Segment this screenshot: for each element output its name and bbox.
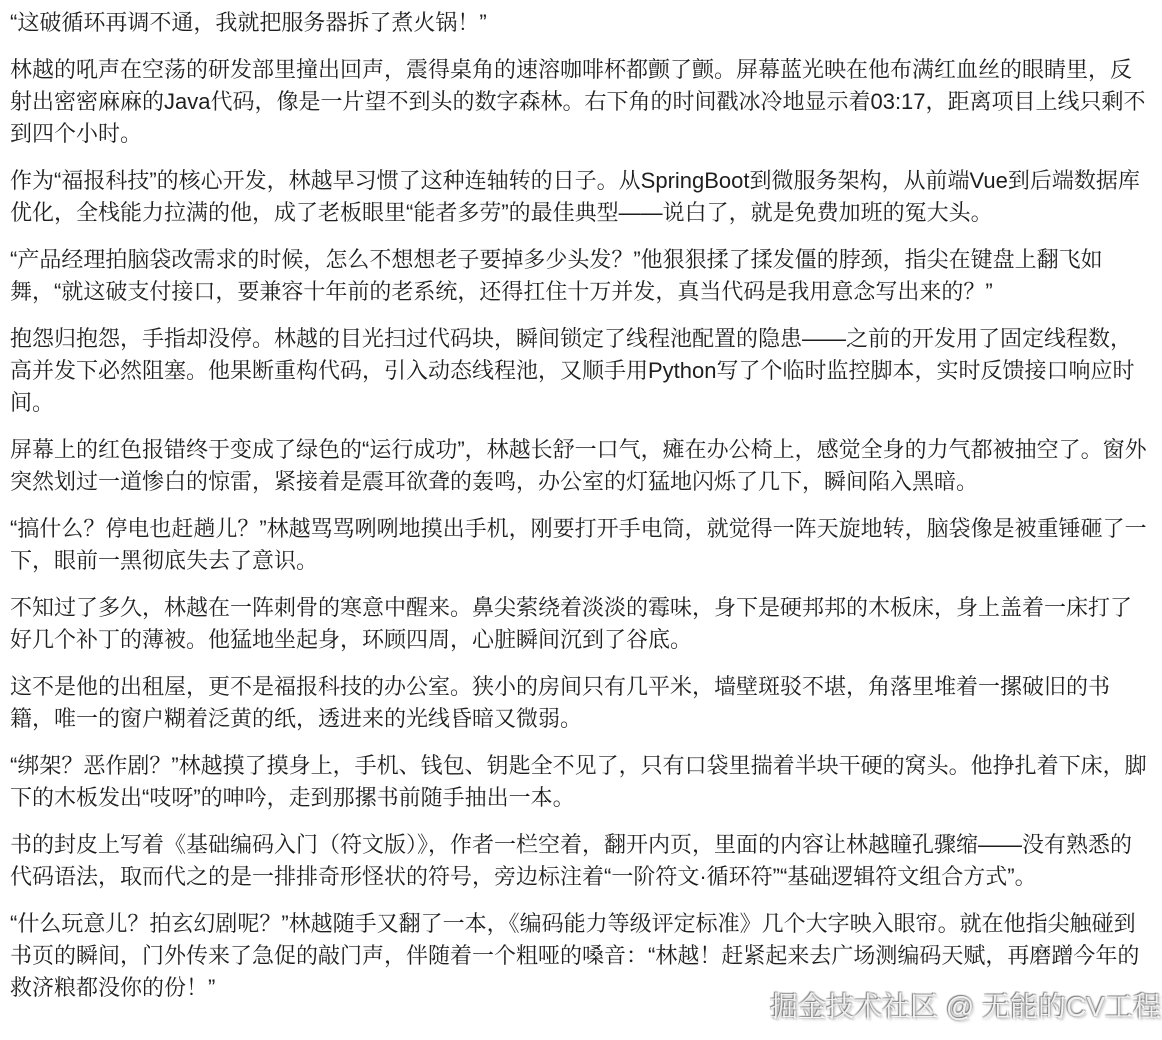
paragraph: “什么玩意儿？拍玄幻剧呢？”林越随手又翻了一本，《编码能力等级评定标准》几个大字… — [10, 908, 1149, 1004]
paragraph: 书的封皮上写着《基础编码入门（符文版）》，作者一栏空着，翻开内页，里面的内容让林… — [10, 829, 1149, 893]
paragraph: 这不是他的出租屋，更不是福报科技的办公室。狭小的房间只有几平米，墙壁斑驳不堪，角… — [10, 671, 1149, 735]
article-body: “这破循环再调不通，我就把服务器拆了煮火锅！” 林越的吼声在空荡的研发部里撞出回… — [0, 0, 1162, 1019]
paragraph: “产品经理拍脑袋改需求的时候，怎么不想想老子要掉多少头发？”他狠狠揉了揉发僵的脖… — [10, 244, 1149, 308]
paragraph: 作为“福报科技”的核心开发，林越早习惯了这种连轴转的日子。从SpringBoot… — [10, 165, 1149, 229]
paragraph: “搞什么？停电也赶趟儿？”林越骂骂咧咧地摸出手机，刚要打开手电筒，就觉得一阵天旋… — [10, 513, 1149, 577]
paragraph: “绑架？恶作剧？”林越摸了摸身上，手机、钱包、钥匙全不见了，只有口袋里揣着半块干… — [10, 750, 1149, 814]
paragraph: 抱怨归抱怨，手指却没停。林越的目光扫过代码块，瞬间锁定了线程池配置的隐患——之前… — [10, 323, 1149, 419]
paragraph: 林越的吼声在空荡的研发部里撞出回声，震得桌角的速溶咖啡杯都颤了颤。屏幕蓝光映在他… — [10, 54, 1149, 150]
paragraph: 屏幕上的红色报错终于变成了绿色的“运行成功”，林越长舒一口气，瘫在办公椅上，感觉… — [10, 434, 1149, 498]
paragraph-dialogue-opening: “这破循环再调不通，我就把服务器拆了煮火锅！” — [10, 7, 1149, 39]
paragraph: 不知过了多久，林越在一阵刺骨的寒意中醒来。鼻尖萦绕着淡淡的霉味，身下是硬邦邦的木… — [10, 592, 1149, 656]
